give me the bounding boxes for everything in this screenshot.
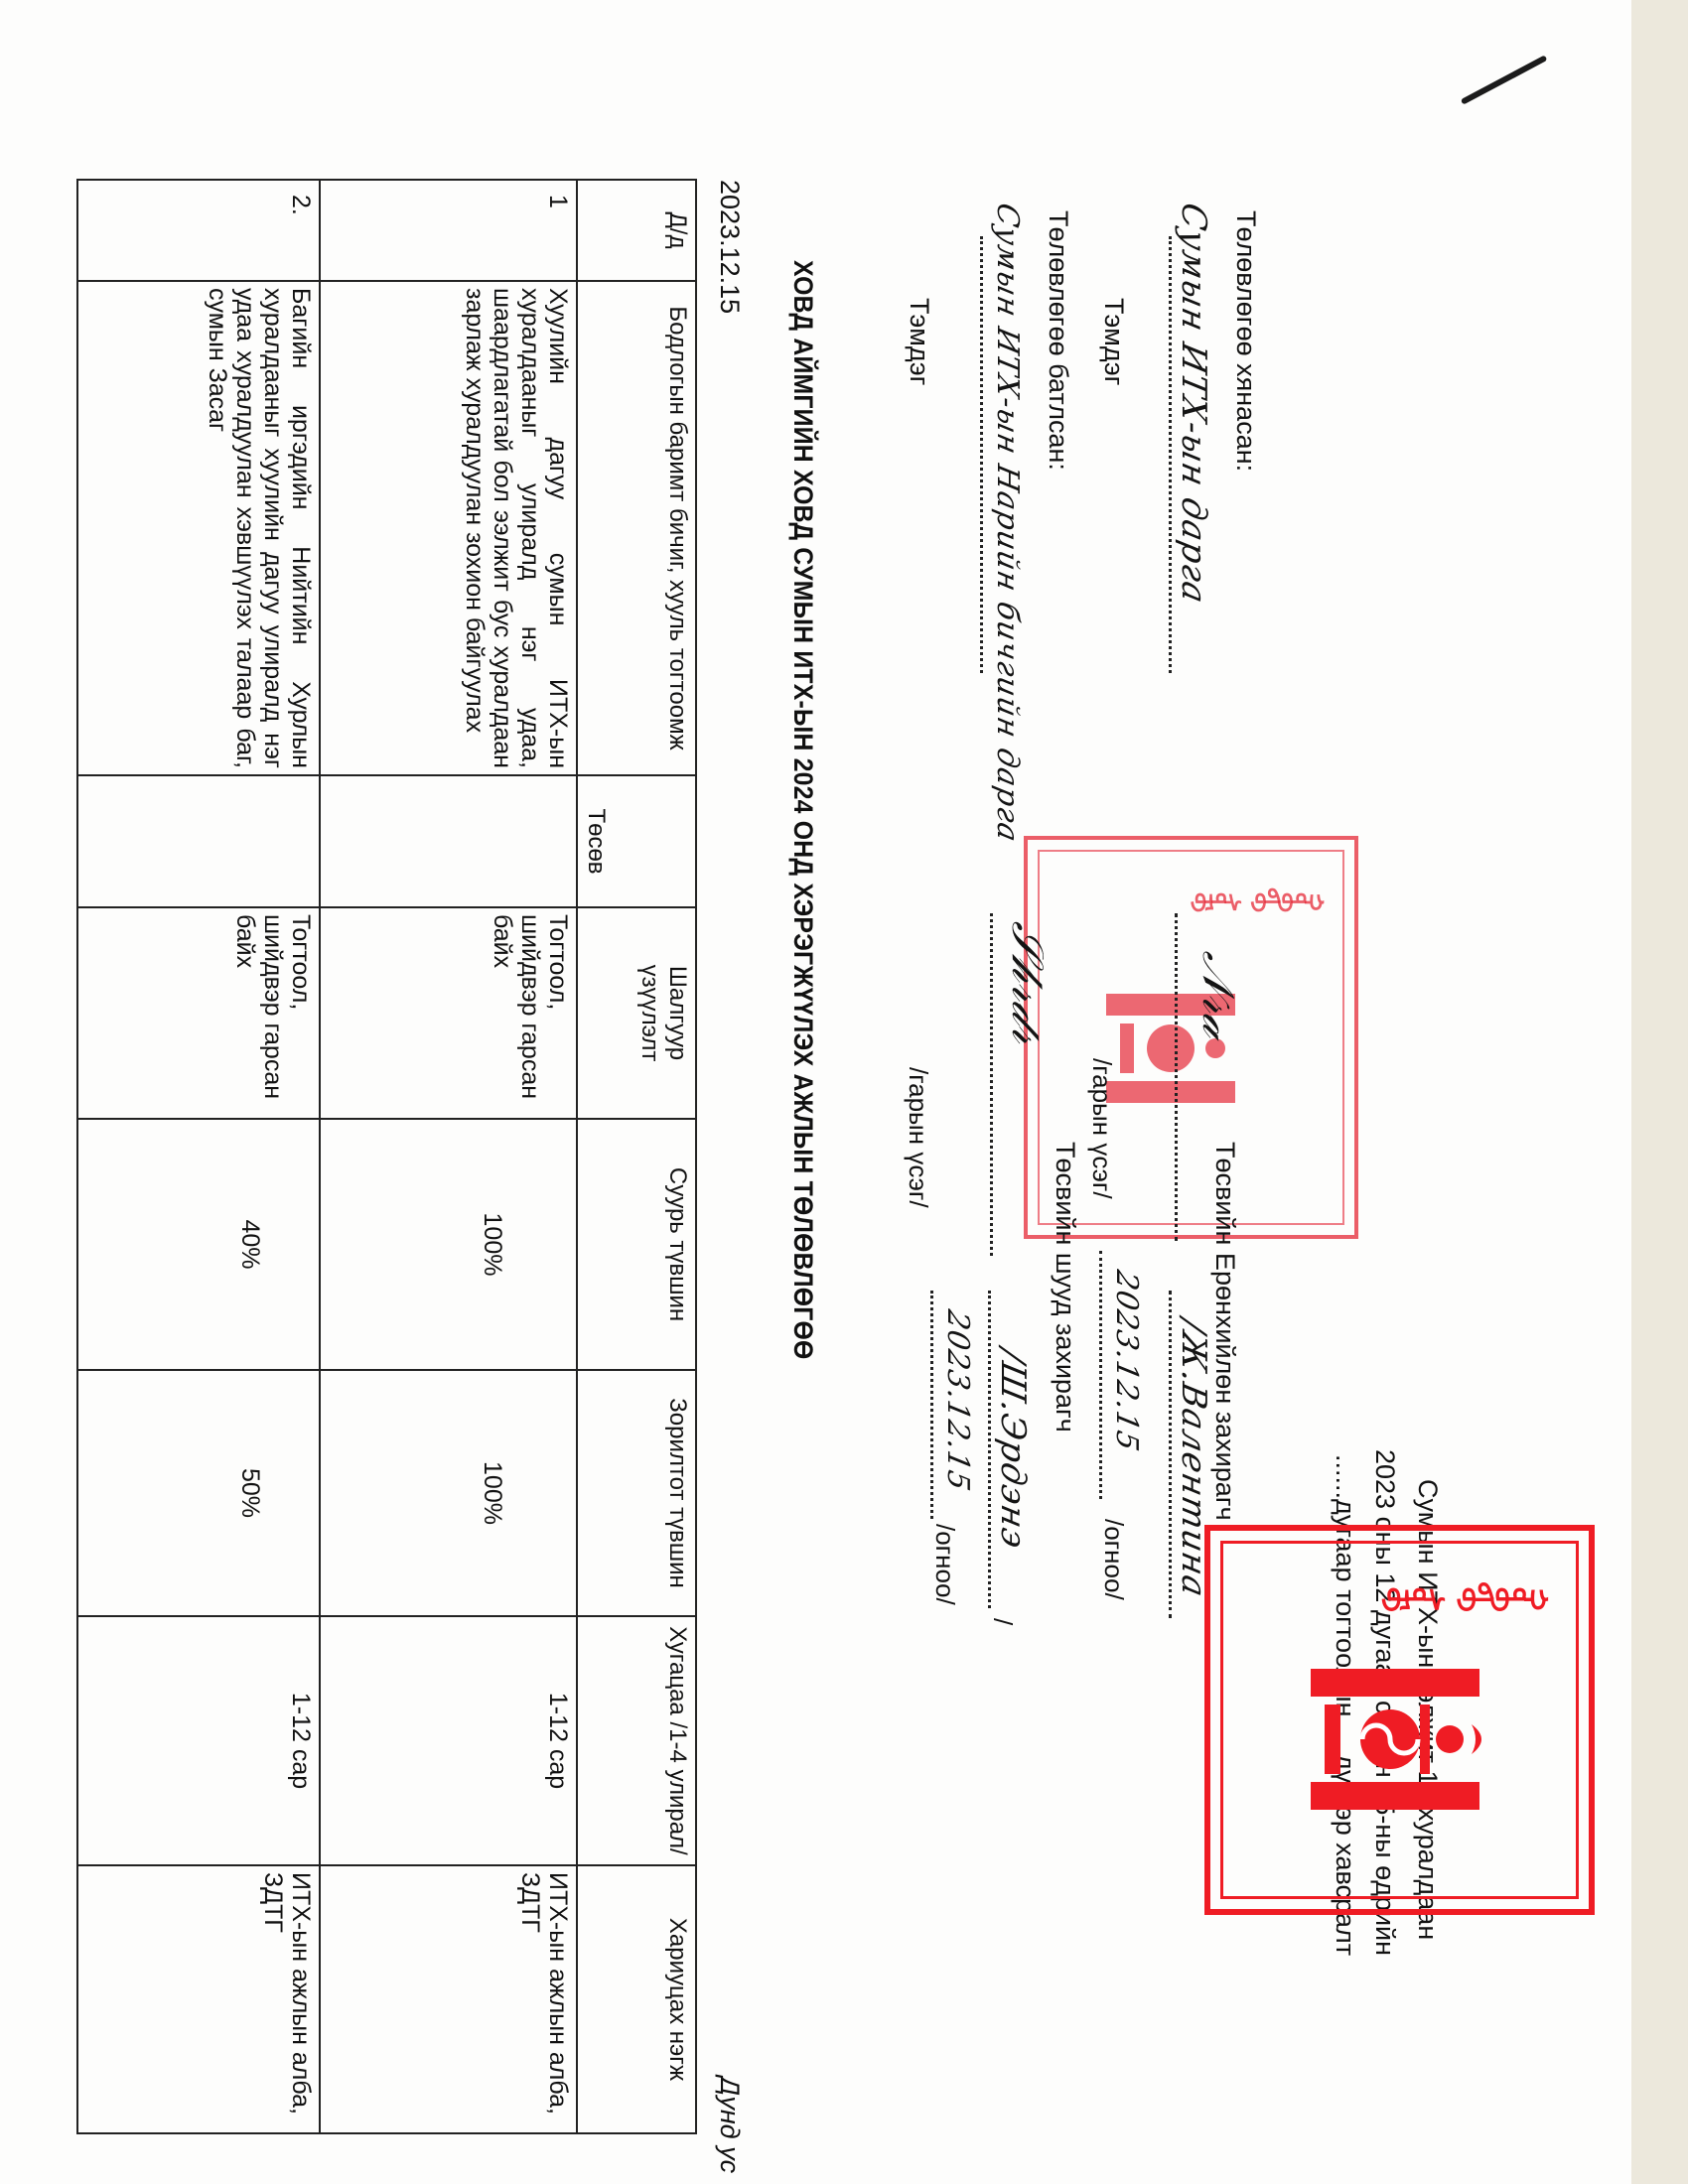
cell-target: 50% [77,1370,320,1616]
seal-script-text: ᠬᠣᠪᠳᠣ ᠰᠤᠮᠤ [1381,1570,1549,1623]
general-manager-date-line [1099,1251,1102,1499]
direct-manager-date: 2023.12.15 [940,1306,975,1494]
cell-target: 100% [320,1370,577,1616]
direct-manager-handsign: 𝒮𝒽𝓇𝒹𝓇 [1002,918,1053,1051]
date-suffix-2: /огноо/ [930,1524,960,1605]
seal-label-1: Тэмдэг [1099,298,1129,386]
approved-signature: Сумын ИТХ-ын Нарийн бичгийн дарга [990,200,1025,846]
header-policy: Бодлогын баримт бичиг, хууль тогтоомж [577,281,696,775]
table-header-row: Д/д Бодлогын баримт бичиг, хууль тогтоом… [577,180,696,2133]
scan-frame: Төлөвлөгөө хянасан: Сумын ИТХ-ын дарга Т… [0,0,1688,2184]
date-suffix-1: /огноо/ [1099,1519,1129,1600]
general-manager-name-line [1169,1291,1172,1618]
header-baseline: Суурь түвшин [577,1119,696,1370]
cell-period: 1-12 сар [320,1616,577,1865]
document-date: 2023.12.15 [715,180,745,314]
document-title: ХОВД АЙМГИЙН ХОВД СУМЫН ИТХ-ЫН 2024 ОНД … [787,260,818,1359]
cell-baseline: 100% [320,1119,577,1370]
table-row: 2. Багийн иргэдийн Нийтийн Хурлын хуралд… [77,180,320,2133]
approved-signature-line [980,236,983,673]
hand-sign-label-2: /гарын үсэг/ [904,1067,933,1208]
approved-label: Төлөвлөгөө батлсан: [1044,210,1073,471]
direct-manager-date-line [930,1291,933,1519]
direct-manager-name: /Ш.Эрдэнэ [993,1346,1033,1553]
table-row: 1 Хуулийн дагуу сумын ИТХ-ын хуралдааныг… [320,180,577,2133]
cell-responsible: ИТХ-ын ажлын алба, ЗДТГ [320,1865,577,2133]
cell-criteria: Тогтоол, шийдвэр гарсан байх [77,907,320,1119]
reviewed-label: Төлөвлөгөө хянасан: [1231,210,1261,472]
cell-criteria: Тогтоол, шийдвэр гарсан байх [320,907,577,1119]
cell-no: 1 [320,180,577,281]
cell-budget [320,775,577,907]
cell-baseline: 40% [77,1119,320,1370]
soyombo-emblem-icon [1301,1665,1489,1814]
official-seal-bright: ᠬᠣᠪᠳᠣ ᠰᠤᠮᠤ [1204,1525,1595,1915]
cell-no: 2. [77,180,320,281]
cell-budget [77,775,320,907]
cell-responsible: ИТХ-ын ажлын алба, ЗДТГ [77,1865,320,2133]
cell-policy: Хуулийн дагуу сумын ИТХ-ын хуралдааныг у… [320,281,577,775]
header-no: Д/д [577,180,696,281]
reviewed-signature-line [1169,236,1172,673]
seal-script-text: ᠬᠣᠪᠳᠣ ᠰᠤᠮᠤ [1191,880,1325,921]
document-page: Төлөвлөгөө хянасан: Сумын ИТХ-ын дарга Т… [0,0,1688,2184]
general-manager-signature-line [1175,913,1178,1241]
header-responsible: Хариуцах нэгж [577,1865,696,2133]
cell-policy: Багийн иргэдийн Нийтийн Хурлын хуралдаан… [77,281,320,775]
general-manager-date: 2023.12.15 [1109,1267,1144,1454]
work-plan-table: Д/д Бодлогын баримт бичиг, хууль тогтоом… [76,179,697,2134]
reviewed-signature: Сумын ИТХ-ын дарга [1174,200,1213,608]
direct-manager-signature-line [990,913,993,1256]
direct-sig-suffix: / [988,1618,1018,1625]
hand-sign-label-1: /гарын үсэг/ [1087,1058,1117,1199]
direct-manager-label: Төсвийн шууд захирагч [1051,1142,1080,1433]
header-target: Зорилтот түвшин [577,1370,696,1616]
general-manager-handsign: 𝒩𝓇𝒶 [1193,948,1243,1045]
general-manager-label: Төсвийн Ерөнхийлөн захирагч [1210,1142,1240,1521]
header-criteria: Шалгуур үзүүлэлт [577,907,696,1119]
cell-period: 1-12 сар [77,1616,320,1865]
header-period: Хугацаа /1-4 улирал/ [577,1616,696,1865]
document-location: Дунд ус [715,2077,745,2173]
header-budget: Төсөв [577,775,696,907]
direct-manager-name-line [988,1291,991,1608]
seal-label-2: Тэмдэг [905,298,934,386]
